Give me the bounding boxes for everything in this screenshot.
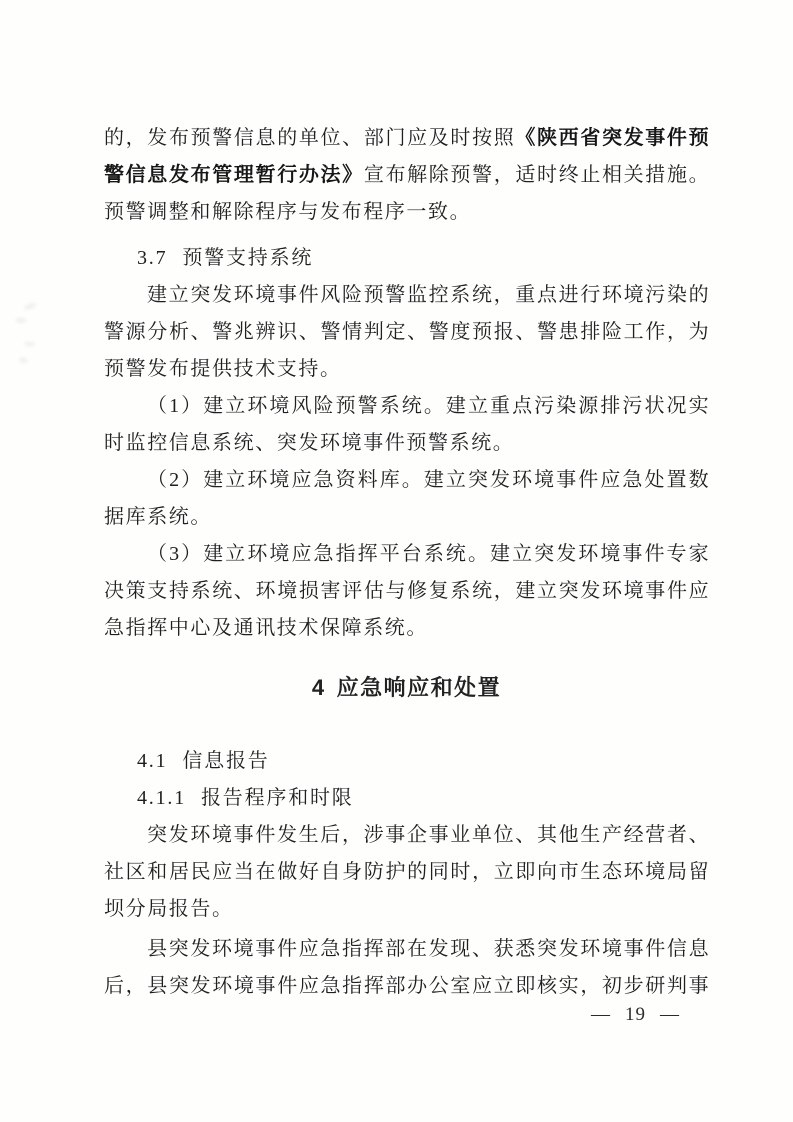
section-number: 4.1 [137, 750, 167, 772]
page-number: —19— [584, 1004, 687, 1026]
page-body: 的，发布预警信息的单位、部门应及时按照《陕西省突发事件预 警信息发布管理暂行办法… [104, 120, 709, 1005]
scan-artifact [24, 342, 35, 346]
section-heading-3-7: 3.7预警支持系统 [104, 240, 709, 277]
section-heading-4-1-1: 4.1.1报告程序和时限 [104, 780, 709, 817]
paragraph-line: 坝分局报告。 [104, 891, 709, 928]
page-number-value: 19 [625, 1004, 646, 1025]
document-title-reference: 《陕西省突发事件预 [515, 127, 709, 149]
paragraph-line: 社区和居民应当在做好自身防护的同时，立即向市生态环境局留 [104, 854, 709, 891]
body-text: 宣布解除预警，适时终止相关措施。 [364, 164, 709, 186]
paragraph-line: 突发环境事件发生后，涉事企事业单位、其他生产经营者、 [104, 817, 709, 854]
paragraph-line: 县突发环境事件应急指挥部在发现、获悉突发环境事件信息 [104, 931, 709, 968]
list-item-line: （1）建立环境风险预警系统。建立重点污染源排污状况实 [104, 388, 709, 425]
section-title: 预警支持系统 [182, 247, 313, 269]
paragraph-line: 预警调整和解除程序与发布程序一致。 [104, 194, 709, 231]
section-number: 3.7 [137, 247, 167, 269]
paragraph-line: 预警发布提供技术支持。 [104, 351, 709, 388]
page-number-dash: — [591, 1004, 611, 1025]
paragraph-line: 后，县突发环境事件应急指挥部办公室应立即核实，初步研判事 [104, 968, 709, 1005]
chapter-title: 应急响应和处置 [337, 675, 502, 700]
document-title-reference: 警信息发布管理暂行办法》 [104, 164, 364, 186]
paragraph-line: 警信息发布管理暂行办法》宣布解除预警，适时终止相关措施。 [104, 157, 709, 194]
document-page: 的，发布预警信息的单位、部门应及时按照《陕西省突发事件预 警信息发布管理暂行办法… [0, 0, 793, 1122]
list-item-line: 时监控信息系统、突发环境事件预警系统。 [104, 425, 709, 462]
paragraph-line: 建立突发环境事件风险预警监控系统，重点进行环境污染的 [104, 277, 709, 314]
section-heading-4-1: 4.1信息报告 [104, 743, 709, 780]
scan-artifact [24, 302, 37, 311]
paragraph-line: 警源分析、警兆辨识、警情判定、警度预报、警患排险工作，为 [104, 314, 709, 351]
list-item-line: 急指挥中心及通讯技术保障系统。 [104, 610, 709, 647]
list-item-line: 决策支持系统、环境损害评估与修复系统，建立突发环境事件应 [104, 573, 709, 610]
scan-artifact [16, 318, 26, 323]
body-text: 的，发布预警信息的单位、部门应及时按照 [104, 127, 515, 149]
section-title: 信息报告 [182, 750, 269, 772]
chapter-number: 4 [312, 675, 326, 700]
section-title: 报告程序和时限 [201, 787, 354, 809]
paragraph-line: 的，发布预警信息的单位、部门应及时按照《陕西省突发事件预 [104, 120, 709, 157]
list-item-line: （3）建立环境应急指挥平台系统。建立突发环境事件专家 [104, 536, 709, 573]
list-item-line: （2）建立环境应急资料库。建立突发环境事件应急处置数 [104, 462, 709, 499]
scan-artifact [19, 357, 29, 364]
list-item-line: 据库系统。 [104, 499, 709, 536]
page-number-dash: — [660, 1004, 680, 1025]
chapter-heading-4: 4应急响应和处置 [104, 669, 709, 706]
section-number: 4.1.1 [137, 787, 186, 809]
